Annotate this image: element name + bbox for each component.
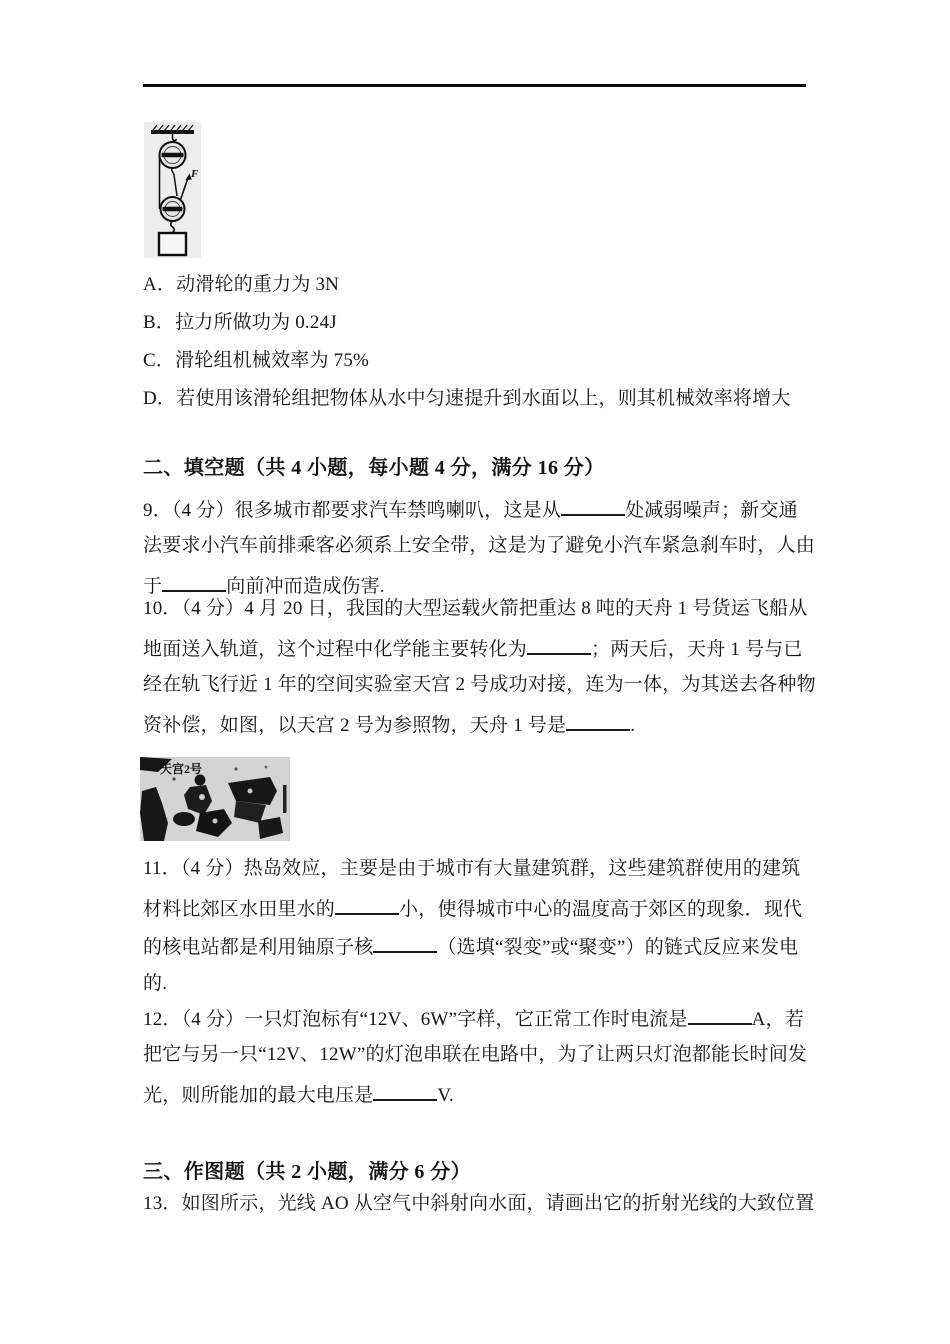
fill-in-blank (688, 1004, 752, 1025)
question-11-line-2: 材料比郊区水田里水的小，使得城市中心的温度高于郊区的现象．现代 (143, 894, 802, 923)
fill-in-blank (373, 932, 437, 953)
fixed-pulley (160, 142, 186, 168)
question-11-line-3: 的核电站都是利用铀原子核（选填“裂变”或“聚变”）的链式反应来发电 (143, 932, 798, 961)
fill-in-blank (373, 1080, 437, 1101)
fill-in-blank (527, 634, 591, 655)
question-10-line-2: 地面送入轨道，这个过程中化学能主要转化为；两天后，天舟 1 号与已 (143, 634, 803, 663)
question-9-line-2: 法要求小汽车前排乘客必须系上安全带，这是为了避免小汽车紧急刹车时，人由 (143, 533, 815, 559)
question-10-line-3: 经在轨飞行近 1 年的空间实验室天宫 2 号成功对接，连为一体，为其送去各种物 (143, 672, 816, 698)
question-11-line-4: 的. (143, 971, 167, 997)
option-b: B．拉力所做功为 0.24J (143, 310, 337, 336)
question-9-line-1: 9．（4 分）很多城市都要求汽车禁鸣喇叭，这是从处减弱噪声；新交通 (143, 495, 798, 524)
option-c: C．滑轮组机械效率为 75% (143, 348, 369, 374)
question-10-line-1: 10．（4 分）4 月 20 日，我国的大型运载火箭把重达 8 吨的天舟 1 号… (143, 596, 808, 622)
option-d: D．若使用该滑轮组把物体从水中匀速提升到水面以上，则其机械效率将增大 (143, 386, 791, 412)
movable-pulley (161, 197, 185, 221)
fill-in-blank (566, 710, 630, 731)
question-11-line-1: 11．（4 分）热岛效应，主要是由于城市有大量建筑群，这些建筑群使用的建筑 (143, 856, 800, 882)
question-12-line-1: 12．（4 分）一只灯泡标有“12V、6W”字样，它正常工作时电流是A，若 (143, 1004, 804, 1033)
option-a: A．动滑轮的重力为 3N (143, 272, 339, 298)
pulley-diagram-image: F (144, 122, 201, 258)
question-12-line-2: 把它与另一只“12V、12W”的灯泡串联在电路中，为了让两只灯泡都能长时间发 (143, 1042, 807, 1068)
question-12-line-3: 光，则所能加的最大电压是V. (143, 1080, 454, 1109)
exam-page: F A．动滑轮的重力为 3N B．拉力所做功为 0.24J C．滑轮组机械效率为… (0, 0, 950, 1344)
section-3-heading: 三、作图题（共 2 小题，满分 6 分） (143, 1159, 471, 1185)
fill-in-blank (561, 495, 625, 516)
question-13-line-1: 13．如图所示，光线 AO 从空气中斜射向水面，请画出它的折射光线的大致位置 (143, 1191, 815, 1217)
page-top-rule (143, 84, 806, 87)
spacecraft-photo: 天宫2号 (140, 757, 290, 841)
fill-in-blank (162, 571, 226, 592)
section-2-heading: 二、填空题（共 4 小题，每小题 4 分，满分 16 分） (143, 455, 605, 481)
ceiling-bar (151, 130, 194, 134)
question-10-line-4: 资补偿，如图，以天宫 2 号为参照物，天舟 1 号是. (143, 710, 635, 739)
spacecraft-photo-label: 天宫2号 (160, 761, 202, 776)
weight-box (159, 233, 186, 255)
force-label: F (190, 168, 199, 180)
fill-in-blank (335, 894, 399, 915)
